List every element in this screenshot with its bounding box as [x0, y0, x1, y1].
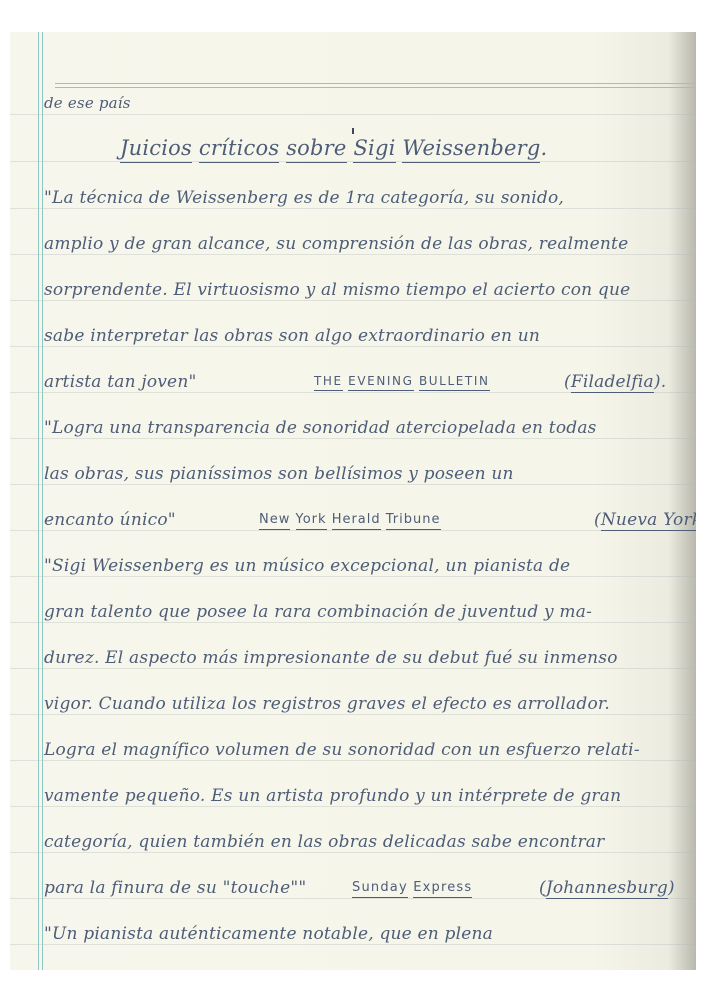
text-line: vigor. Cuando utiliza los registros grav… — [44, 694, 684, 714]
text-line: "Logra una transparencia de sonoridad at… — [44, 418, 684, 438]
ruled-line — [10, 714, 696, 715]
ruled-line — [10, 622, 696, 623]
quote-end: para la finura de su "touche"" — [44, 878, 306, 898]
text-line: Logra el magnífico volumen de su sonorid… — [44, 740, 684, 760]
ruled-line — [10, 760, 696, 761]
source-word: New — [259, 512, 290, 530]
margin-rule-left-outer — [38, 32, 39, 970]
source-city: (Johannesburg) — [539, 878, 675, 898]
ruled-line — [10, 300, 696, 301]
ruled-line — [10, 208, 696, 209]
ruled-line — [10, 438, 696, 439]
text-line: amplio y de gran alcance, su comprensión… — [44, 234, 684, 254]
text-line: para la finura de su "touche"" Sunday Ex… — [44, 878, 684, 898]
title-punct: . — [540, 136, 547, 160]
title-word: críticos — [199, 136, 279, 163]
trail-punct: . — [661, 372, 667, 392]
top-rule-upper — [55, 83, 696, 84]
title-word: Sigi — [353, 136, 395, 163]
ruled-line — [10, 852, 696, 853]
ruled-line — [10, 806, 696, 807]
quote-end: encanto único" — [44, 510, 176, 530]
ruled-line — [10, 668, 696, 669]
top-rule-lower — [55, 87, 696, 88]
text-line: artista tan joven" THE EVENING BULLETIN … — [44, 372, 684, 392]
title-word: sobre — [286, 136, 346, 163]
ruled-line — [10, 114, 696, 115]
text-line: encanto único" New York Herald Tribune (… — [44, 510, 684, 530]
source-word: EVENING — [348, 374, 413, 391]
source-word: York — [296, 512, 327, 530]
ruled-line — [10, 576, 696, 577]
source-city: (Filadelfia). — [564, 372, 666, 392]
text-line: sabe interpretar las obras son algo extr… — [44, 326, 684, 346]
quote-end: artista tan joven" — [44, 372, 196, 392]
title-word: Weissenberg — [402, 136, 540, 163]
source-word: Sunday — [352, 880, 408, 898]
text-line: "Un pianista auténticamente notable, que… — [44, 924, 684, 944]
source-word: Herald — [332, 512, 381, 530]
text-line: vamente pequeño. Es un artista profundo … — [44, 786, 684, 806]
margin-rule-left-inner — [42, 32, 43, 970]
page-title: Juicios críticos sobre Sigi Weissenberg. — [120, 136, 684, 160]
text-line: "Sigi Weissenberg es un músico excepcion… — [44, 556, 684, 576]
ink-mark — [352, 128, 354, 134]
text-line: categoría, quien también en las obras de… — [44, 832, 684, 852]
text-line: gran talento que posee la rara combinaci… — [44, 602, 684, 622]
text-line: de ese país — [44, 94, 684, 112]
text-line: sorprendente. El virtuosismo y al mismo … — [44, 280, 684, 300]
notebook-page: de ese país Juicios críticos sobre Sigi … — [10, 32, 696, 970]
ruled-line — [10, 530, 696, 531]
city-name: Johannesburg — [546, 878, 668, 899]
source-word: Tribune — [386, 512, 441, 530]
city-name: Filadelfia — [571, 372, 654, 393]
ruled-line — [10, 254, 696, 255]
source-word: Express — [413, 880, 472, 898]
text-line: las obras, sus pianíssimos son bellísimo… — [44, 464, 684, 484]
ruled-line — [10, 484, 696, 485]
source-city: (Nueva York) — [594, 510, 696, 530]
source-attribution: New York Herald Tribune — [259, 512, 441, 527]
source-attribution: THE EVENING BULLETIN — [314, 374, 490, 388]
ruled-line — [10, 944, 696, 945]
source-attribution: Sunday Express — [352, 880, 472, 895]
text-line: "La técnica de Weissenberg es de 1ra cat… — [44, 188, 684, 208]
source-word: BULLETIN — [419, 374, 490, 391]
source-word: THE — [314, 374, 343, 391]
city-name: Nueva York — [601, 510, 696, 531]
title-word: Juicios — [120, 136, 192, 163]
ruled-line — [10, 346, 696, 347]
text-line: durez. El aspecto más impresionante de s… — [44, 648, 684, 668]
